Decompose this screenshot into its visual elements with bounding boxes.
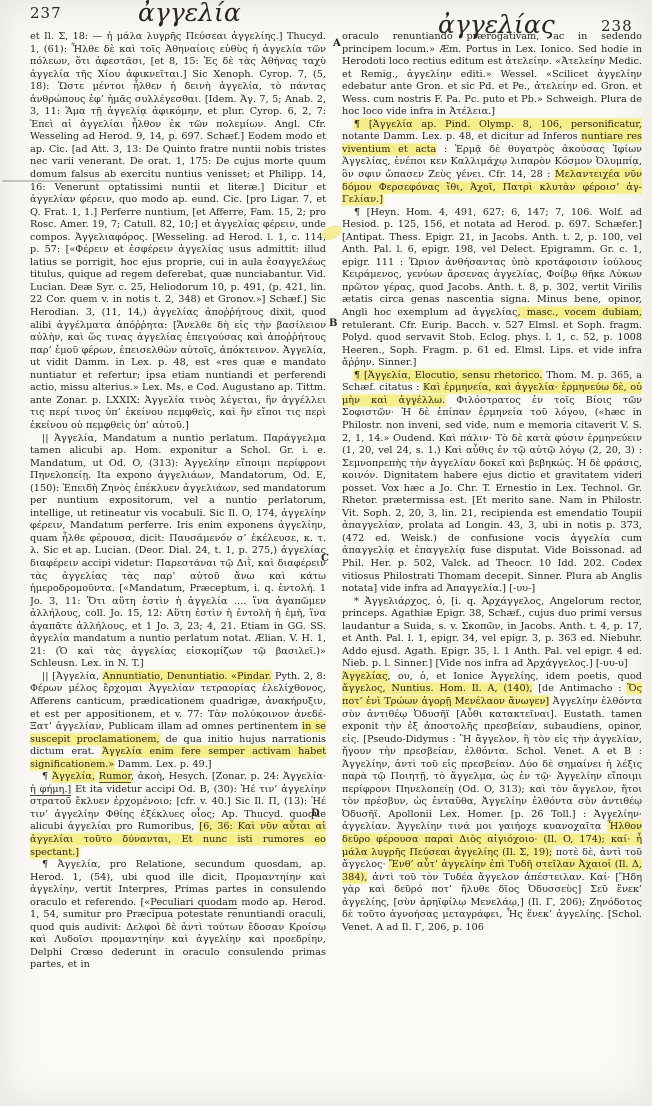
scanned-lexicon-page: 237 ἀγγελία ἀγγελίας 238 et Il. Σ, 18: —…: [0, 0, 652, 1106]
paragraph: ¶ [Heyn. Hom. 4, 491, 627; 6, 147; 7, 10…: [342, 207, 642, 370]
paragraph: ¶ Ἀγγελία, pro Relatione, secundum quosd…: [30, 859, 326, 972]
underlined-text: ἡ φήμη.]: [30, 784, 71, 796]
highlighted-text: ¶ [Ἀγγελία, Elocutio, sensu rhetorico.: [354, 370, 542, 381]
paragraph: ¶ [Ἀγγελία, Elocutio, sensu rhetorico. T…: [342, 370, 642, 596]
text-run: Φιλόστρατος ἐν τοῖς Βίοις τῶν Σοφιστῶν· …: [342, 395, 642, 594]
highlighted-text: , masc., vocem dubiam,: [518, 307, 642, 318]
highlighted-text: Rumor: [99, 771, 131, 783]
paragraph: || [Ἀγγελία, Annuntiatio, Denuntiatio. «…: [30, 671, 326, 771]
text-run: || Ἀγγελία, Mandatum a nuntio perlatum. …: [30, 433, 326, 670]
highlighted-text: ἄγγελος, Nuntius. Hom. Il. Α, (140),: [342, 683, 532, 694]
highlighted-text: Annuntiatio, Denuntiatio. «Pindar.: [103, 671, 272, 682]
text-run: , ου, ὁ, et Ionice Ἀγγελίης, idem poetis…: [388, 671, 642, 682]
running-head-left: ἀγγελία: [138, 0, 241, 27]
text-run: , ἀκοὴ, Hesych. [Zonar. p. 24: Ἀγγελία·: [131, 771, 326, 782]
paragraph: et Il. Σ, 18: — ἦ μάλα λυγρῆς Πεύσεαι ἀγ…: [30, 31, 326, 433]
text-run: ¶: [42, 771, 52, 782]
text-run: || [Ἀγγελία,: [42, 671, 103, 682]
text-run: [de Antimacho :: [532, 683, 627, 694]
highlighted-text: Ἀγγελία,: [52, 771, 95, 782]
text-run: * Ἀγγελιάρχος, ὁ, [i. q. Ἀρχάγγελος, Ang…: [342, 596, 642, 670]
paragraph: Ἀγγελίας, ου, ὁ, et Ionice Ἀγγελίης, ide…: [342, 671, 642, 934]
text-run: Ἀγγελίην ἐλθόντα σὺν ἀντιθέῳ Ὀδυσῆϊ [Αὖθ…: [342, 696, 642, 832]
margin-letter-B: B: [329, 318, 337, 329]
underlined-text: Peculiari quodam: [150, 897, 237, 909]
highlighted-text: ¶ [Ἀγγελία ap. Pind. Olymp. 8, 106, pers…: [354, 119, 642, 130]
text-column-right: oraculo renuntiando prærogativam, ac in …: [342, 31, 642, 1095]
text-run: Damm. Lex. p. 49.]: [114, 759, 211, 770]
text-run: oraculo renuntiando prærogativam, ac in …: [342, 31, 642, 117]
paragraph: oraculo renuntiando prærogativam, ac in …: [342, 31, 642, 119]
margin-letter-C: C: [321, 553, 329, 564]
paragraph: ¶ Ἀγγελία, Rumor, ἀκοὴ, Hesych. [Zonar. …: [30, 771, 326, 859]
text-column-left: et Il. Σ, 18: — ἦ μάλα λυγρῆς Πεύσεαι ἀγ…: [30, 31, 326, 1033]
paragraph: ¶ [Ἀγγελία ap. Pind. Olymp. 8, 106, pers…: [342, 119, 642, 207]
text-run: ¶ [Heyn. Hom. 4, 491, 627; 6, 147; 7, 10…: [342, 207, 642, 318]
text-run: ἀντὶ τοῦ τὸν Τυδέα ἄγγελον ἀπέστειλαν. Κ…: [342, 872, 642, 933]
highlighted-text: Ἀγγελίας: [342, 671, 388, 682]
margin-letter-A: A: [333, 38, 341, 49]
text-run: et Il. Σ, 18: — ἦ μάλα λυγρῆς Πεύσεαι ἀγ…: [30, 31, 326, 431]
text-run: retulerant. Cfr. Eurip. Bacch. v. 527 El…: [342, 320, 642, 369]
paragraph: || Ἀγγελία, Mandatum a nuntio perlatum. …: [30, 433, 326, 671]
text-run: notante Damm. Lex. p. 48, et dicitur ad …: [342, 131, 581, 142]
margin-letter-D: D: [311, 808, 320, 819]
page-number-left: 237: [30, 4, 62, 22]
paragraph: * Ἀγγελιάρχος, ὁ, [i. q. Ἀρχάγγελος, Ang…: [342, 596, 642, 671]
